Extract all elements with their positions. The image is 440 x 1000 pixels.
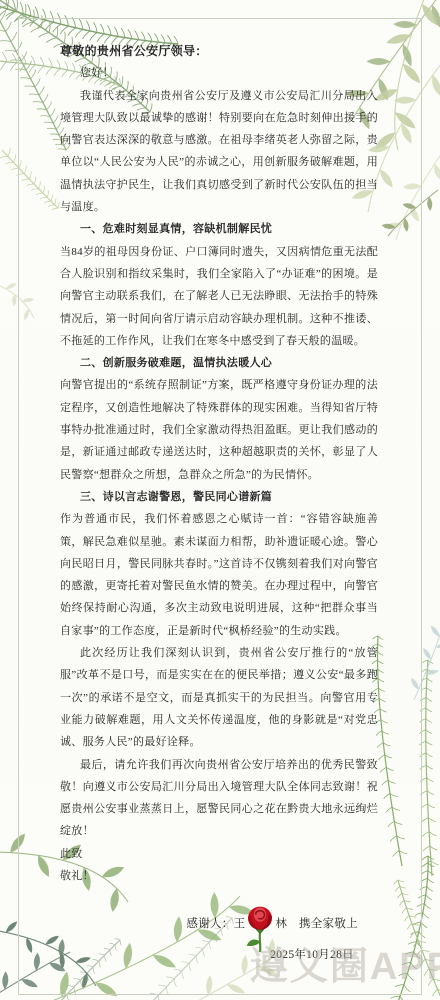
letter-paragraph: 我谨代表全家向贵州省公安厅及遵义市公安局汇川分局出入境管理大队致以最诚挚的感谢！…	[60, 85, 378, 219]
letter-paragraph: 向警官提出的“系统存照制证”方案，既严格遵守身份证办理的法定程序，又创造性地解决…	[60, 374, 378, 485]
section-heading-2: 二、创新服务破难题，温情执法暖人心	[60, 352, 378, 374]
letter-paragraph: 最后，请允许我们再次向贵州省公安厅培养出的优秀民警致敬！向遵义市公安局汇川分局出…	[60, 754, 378, 843]
signature-prefix: 感谢人：王	[186, 913, 245, 935]
closing-cizhi: 此致	[60, 843, 378, 865]
letter-paragraph: 当84岁的祖母因身份证、户口簿同时遗失，又因病情危重无法配合人脸识别和指纹采集时…	[60, 241, 378, 352]
letter-paragraph: 作为普通市民，我们怀着感恩之心赋诗一首：“容错容缺施善策，解民急难似星驰。素未谋…	[60, 508, 378, 642]
section-heading-1: 一、危难时刻显真情，容缺机制解民忧	[60, 218, 378, 240]
letter-body: 尊敬的贵州省公安厅领导： 您好！ 我谨代表全家向贵州省公安厅及遵义市公安局汇川分…	[60, 40, 378, 966]
letter-greeting: 您好！	[60, 62, 378, 84]
section-heading-3: 三、诗以言志谢警恩，警民同心谱新篇	[60, 486, 378, 508]
signature-row: 感谢人：王 林 携全家敬上	[60, 913, 378, 935]
watermark: 遵义圈APP	[250, 935, 440, 990]
closing-salute: 敬礼！	[60, 865, 378, 887]
signature-suffix: 林 携全家敬上	[275, 913, 358, 935]
letter-salutation: 尊敬的贵州省公安厅领导：	[60, 40, 378, 62]
letter-paragraph: 此次经历让我们深刻认识到，贵州省公安厅推行的“放管服”改革不是口号，而是实实在在…	[60, 642, 378, 753]
thank-you-letter-page: 尊敬的贵州省公安厅领导： 您好！ 我谨代表全家向贵州省公安厅及遵义市公安局汇川分…	[0, 0, 440, 1000]
